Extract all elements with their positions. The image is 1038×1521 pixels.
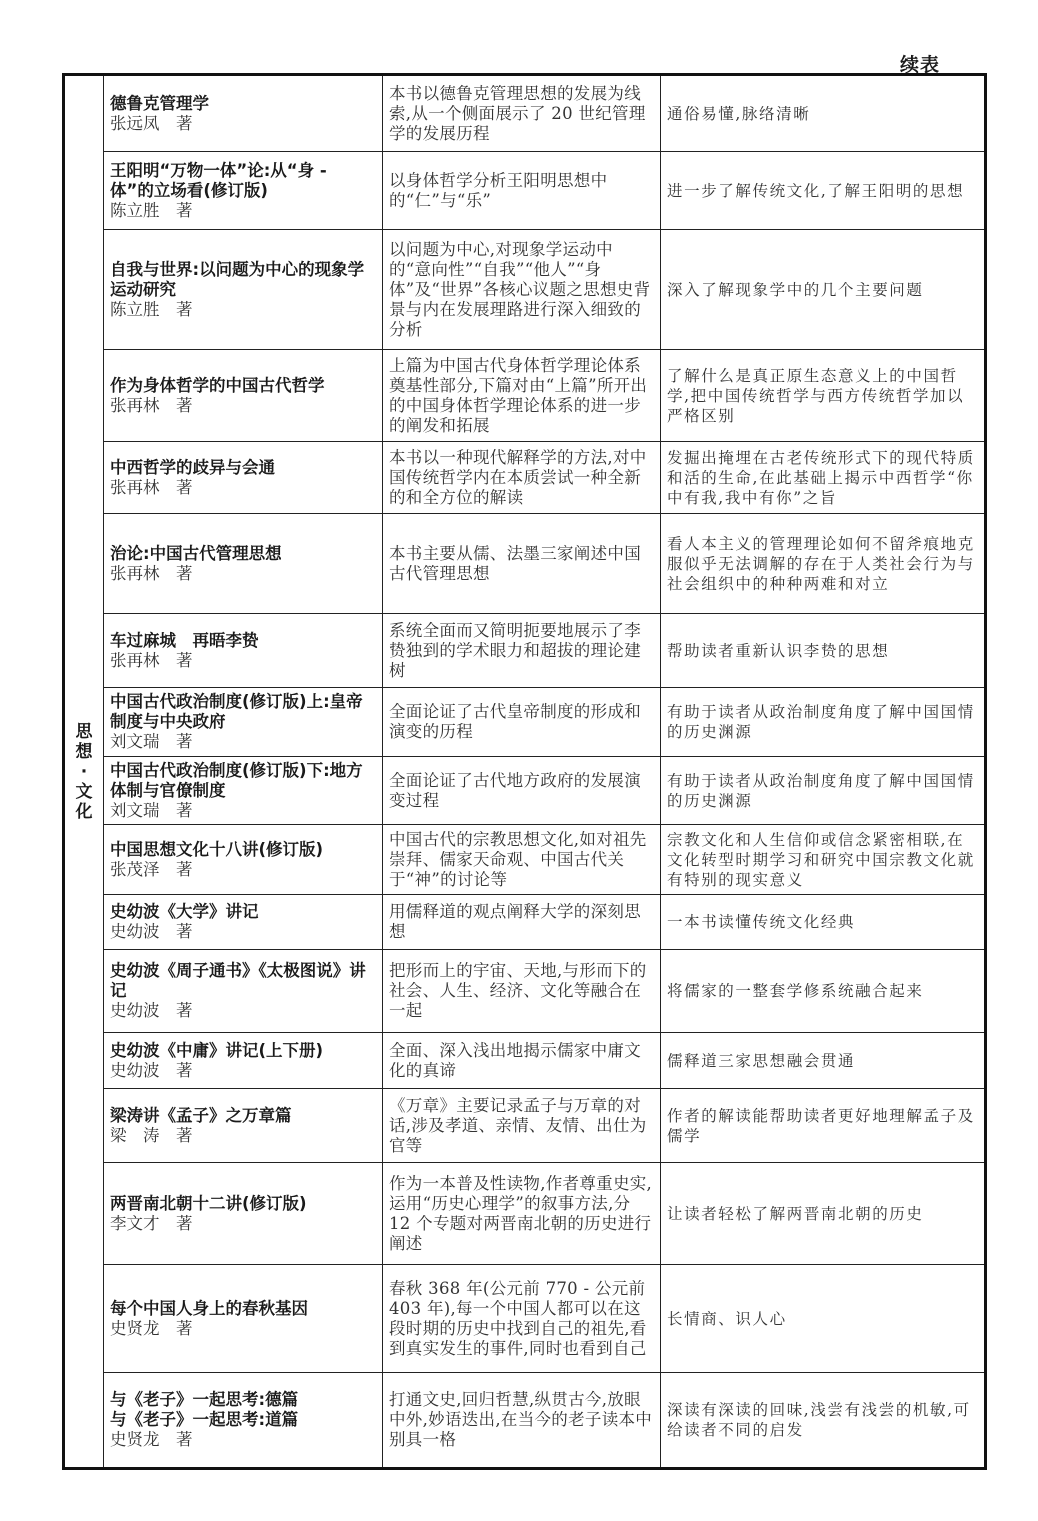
table-row: 史幼波《周子通书》《太极图说》讲记史幼波 著把形而上的宇宙、天地,与形而下的社会… — [64, 950, 986, 1033]
book-title: 史幼波《大学》讲记 — [110, 902, 376, 922]
book-title: 中西哲学的歧异与会通 — [110, 458, 376, 478]
book-cell: 自我与世界:以问题为中心的现象学运动研究陈立胜 著 — [104, 230, 383, 350]
book-description: 以问题为中心,对现象学运动中的“意向性”“自我”“他人”“身体”及“世界”各核心… — [383, 230, 661, 350]
book-description: 本书以一种现代解释学的方法,对中国传统哲学内在本质尝试一种全新的和全方位的解读 — [383, 442, 661, 514]
book-cell: 史幼波《中庸》讲记(上下册)史幼波 著 — [104, 1033, 383, 1089]
book-description: 春秋 368 年(公元前 770 - 公元前 403 年),每一个中国人都可以在… — [383, 1265, 661, 1373]
book-cell: 梁涛讲《孟子》之万章篇梁 涛 著 — [104, 1089, 383, 1163]
table-row: 中国古代政治制度(修订版)下:地方体制与官僚制度刘文瑞 著全面论证了古代地方政府… — [64, 757, 986, 825]
book-description: 打通文史,回归哲慧,纵贯古今,放眼中外,妙语迭出,在当今的老子读本中别具一格 — [383, 1373, 661, 1469]
book-cell: 中国思想文化十八讲(修订版)张茂泽 著 — [104, 825, 383, 895]
book-review: 长情商、识人心 — [661, 1265, 986, 1373]
book-author: 史贤龙 著 — [110, 1430, 376, 1450]
book-title: 中国思想文化十八讲(修订版) — [110, 840, 376, 860]
table-row: 自我与世界:以问题为中心的现象学运动研究陈立胜 著以问题为中心,对现象学运动中的… — [64, 230, 986, 350]
book-title: 王阳明“万物一体”论:从“身 - 体”的立场看(修订版) — [110, 161, 376, 201]
book-description: 《万章》主要记录孟子与万章的对话,涉及孝道、亲情、友情、出仕为官等 — [383, 1089, 661, 1163]
book-title: 作为身体哲学的中国古代哲学 — [110, 376, 376, 396]
book-author: 张再林 著 — [110, 564, 376, 584]
book-author: 张茂泽 著 — [110, 860, 376, 880]
book-description: 全面论证了古代地方政府的发展演变过程 — [383, 757, 661, 825]
book-review: 宗教文化和人生信仰或信念紧密相联,在文化转型时期学习和研究中国宗教文化就有特别的… — [661, 825, 986, 895]
table-row: 每个中国人身上的春秋基因史贤龙 著春秋 368 年(公元前 770 - 公元前 … — [64, 1265, 986, 1373]
book-author: 刘文瑞 著 — [110, 801, 376, 821]
book-title: 史幼波《周子通书》《太极图说》讲记 — [110, 961, 376, 1001]
book-review: 了解什么是真正原生态意义上的中国哲学,把中国传统哲学与西方传统哲学加以严格区别 — [661, 350, 986, 442]
book-author: 史幼波 著 — [110, 1001, 376, 1021]
table-row: 中国思想文化十八讲(修订版)张茂泽 著中国古代的宗教思想文化,如对祖先崇拜、儒家… — [64, 825, 986, 895]
book-author: 陈立胜 著 — [110, 300, 376, 320]
book-title: 自我与世界:以问题为中心的现象学运动研究 — [110, 260, 376, 300]
book-review: 帮助读者重新认识李贽的思想 — [661, 614, 986, 688]
book-cell: 两晋南北朝十二讲(修订版)李文才 著 — [104, 1163, 383, 1265]
book-title: 与《老子》一起思考:德篇 与《老子》一起思考:道篇 — [110, 1390, 376, 1430]
book-cell: 史幼波《周子通书》《太极图说》讲记史幼波 著 — [104, 950, 383, 1033]
table-row: 中国古代政治制度(修订版)上:皇帝制度与中央政府刘文瑞 著全面论证了古代皇帝制度… — [64, 688, 986, 757]
table-body: 思想·文化德鲁克管理学张远凤 著本书以德鲁克管理思想的发展为线索,从一个侧面展示… — [64, 75, 986, 1469]
table-row: 两晋南北朝十二讲(修订版)李文才 著作为一本普及性读物,作者尊重史实,运用“历史… — [64, 1163, 986, 1265]
book-description: 系统全面而又简明扼要地展示了李贽独到的学术眼力和超拔的理论建树 — [383, 614, 661, 688]
book-description: 全面、深入浅出地揭示儒家中庸文化的真谛 — [383, 1033, 661, 1089]
book-description: 本书以德鲁克管理思想的发展为线索,从一个侧面展示了 20 世纪管理学的发展历程 — [383, 75, 661, 152]
book-description: 本书主要从儒、法墨三家阐述中国古代管理思想 — [383, 514, 661, 614]
table-row: 梁涛讲《孟子》之万章篇梁 涛 著《万章》主要记录孟子与万章的对话,涉及孝道、亲情… — [64, 1089, 986, 1163]
table-row: 与《老子》一起思考:德篇 与《老子》一起思考:道篇史贤龙 著打通文史,回归哲慧,… — [64, 1373, 986, 1469]
book-cell: 史幼波《大学》讲记史幼波 著 — [104, 895, 383, 950]
book-description: 中国古代的宗教思想文化,如对祖先崇拜、儒家天命观、中国古代关于“神”的讨论等 — [383, 825, 661, 895]
book-title: 中国古代政治制度(修订版)上:皇帝制度与中央政府 — [110, 692, 376, 732]
table-row: 中西哲学的歧异与会通张再林 著本书以一种现代解释学的方法,对中国传统哲学内在本质… — [64, 442, 986, 514]
book-description: 以身体哲学分析王阳明思想中的“仁”与“乐” — [383, 152, 661, 230]
book-title: 梁涛讲《孟子》之万章篇 — [110, 1106, 376, 1126]
book-review: 深读有深读的回味,浅尝有浅尝的机敏,可给读者不同的启发 — [661, 1373, 986, 1469]
table-row: 史幼波《中庸》讲记(上下册)史幼波 著全面、深入浅出地揭示儒家中庸文化的真谛儒释… — [64, 1033, 986, 1089]
book-title: 治论:中国古代管理思想 — [110, 544, 376, 564]
book-cell: 中西哲学的歧异与会通张再林 著 — [104, 442, 383, 514]
book-description: 用儒释道的观点阐释大学的深刻思想 — [383, 895, 661, 950]
book-review: 有助于读者从政治制度角度了解中国国情的历史渊源 — [661, 688, 986, 757]
book-cell: 治论:中国古代管理思想张再林 著 — [104, 514, 383, 614]
book-author: 史幼波 著 — [110, 1061, 376, 1081]
book-review: 作者的解读能帮助读者更好地理解孟子及儒学 — [661, 1089, 986, 1163]
book-review: 将儒家的一整套学修系统融合起来 — [661, 950, 986, 1033]
book-cell: 与《老子》一起思考:德篇 与《老子》一起思考:道篇史贤龙 著 — [104, 1373, 383, 1469]
book-title: 中国古代政治制度(修订版)下:地方体制与官僚制度 — [110, 761, 376, 801]
category-cell: 思想·文化 — [64, 75, 104, 1469]
book-cell: 王阳明“万物一体”论:从“身 - 体”的立场看(修订版)陈立胜 著 — [104, 152, 383, 230]
book-author: 刘文瑞 著 — [110, 732, 376, 752]
book-description: 作为一本普及性读物,作者尊重史实,运用“历史心理学”的叙事方法,分 12 个专题… — [383, 1163, 661, 1265]
book-cell: 车过麻城 再晤李贽张再林 著 — [104, 614, 383, 688]
book-review: 发掘出掩埋在古老传统形式下的现代特质和活的生命,在此基础上揭示中西哲学“你中有我… — [661, 442, 986, 514]
book-cell: 德鲁克管理学张远凤 著 — [104, 75, 383, 152]
book-author: 史贤龙 著 — [110, 1319, 376, 1339]
book-review: 儒释道三家思想融会贯通 — [661, 1033, 986, 1089]
book-review: 一本书读懂传统文化经典 — [661, 895, 986, 950]
book-review: 深入了解现象学中的几个主要问题 — [661, 230, 986, 350]
book-author: 史幼波 著 — [110, 922, 376, 942]
book-author: 张远凤 著 — [110, 114, 376, 134]
book-author: 陈立胜 著 — [110, 201, 376, 221]
book-title: 车过麻城 再晤李贽 — [110, 631, 376, 651]
table-row: 治论:中国古代管理思想张再林 著本书主要从儒、法墨三家阐述中国古代管理思想看人本… — [64, 514, 986, 614]
book-review: 让读者轻松了解两晋南北朝的历史 — [661, 1163, 986, 1265]
book-description: 把形而上的宇宙、天地,与形而下的社会、人生、经济、文化等融合在一起 — [383, 950, 661, 1033]
book-review: 通俗易懂,脉络清晰 — [661, 75, 986, 152]
book-author: 张再林 著 — [110, 396, 376, 416]
book-description: 上篇为中国古代身体哲学理论体系奠基性部分,下篇对由“上篇”所开出的中国身体哲学理… — [383, 350, 661, 442]
book-recommendation-table: 思想·文化德鲁克管理学张远凤 著本书以德鲁克管理思想的发展为线索,从一个侧面展示… — [62, 73, 987, 1470]
book-title: 史幼波《中庸》讲记(上下册) — [110, 1041, 376, 1061]
table-row: 思想·文化德鲁克管理学张远凤 著本书以德鲁克管理思想的发展为线索,从一个侧面展示… — [64, 75, 986, 152]
book-review: 有助于读者从政治制度角度了解中国国情的历史渊源 — [661, 757, 986, 825]
category-label: 思想·文化 — [75, 722, 93, 822]
book-author: 张再林 著 — [110, 651, 376, 671]
book-cell: 每个中国人身上的春秋基因史贤龙 著 — [104, 1265, 383, 1373]
book-cell: 中国古代政治制度(修订版)下:地方体制与官僚制度刘文瑞 著 — [104, 757, 383, 825]
book-cell: 中国古代政治制度(修订版)上:皇帝制度与中央政府刘文瑞 著 — [104, 688, 383, 757]
table-row: 作为身体哲学的中国古代哲学张再林 著上篇为中国古代身体哲学理论体系奠基性部分,下… — [64, 350, 986, 442]
book-description: 全面论证了古代皇帝制度的形成和演变的历程 — [383, 688, 661, 757]
book-review: 进一步了解传统文化,了解王阳明的思想 — [661, 152, 986, 230]
table-row: 史幼波《大学》讲记史幼波 著用儒释道的观点阐释大学的深刻思想一本书读懂传统文化经… — [64, 895, 986, 950]
book-title: 德鲁克管理学 — [110, 94, 376, 114]
book-author: 梁 涛 著 — [110, 1126, 376, 1146]
table-row: 王阳明“万物一体”论:从“身 - 体”的立场看(修订版)陈立胜 著以身体哲学分析… — [64, 152, 986, 230]
book-author: 张再林 著 — [110, 478, 376, 498]
book-review: 看人本主义的管理理论如何不留斧痕地克服似乎无法调解的存在于人类社会行为与社会组织… — [661, 514, 986, 614]
book-title: 每个中国人身上的春秋基因 — [110, 1299, 376, 1319]
book-author: 李文才 著 — [110, 1214, 376, 1234]
table-row: 车过麻城 再晤李贽张再林 著系统全面而又简明扼要地展示了李贽独到的学术眼力和超拔… — [64, 614, 986, 688]
book-title: 两晋南北朝十二讲(修订版) — [110, 1194, 376, 1214]
book-cell: 作为身体哲学的中国古代哲学张再林 著 — [104, 350, 383, 442]
